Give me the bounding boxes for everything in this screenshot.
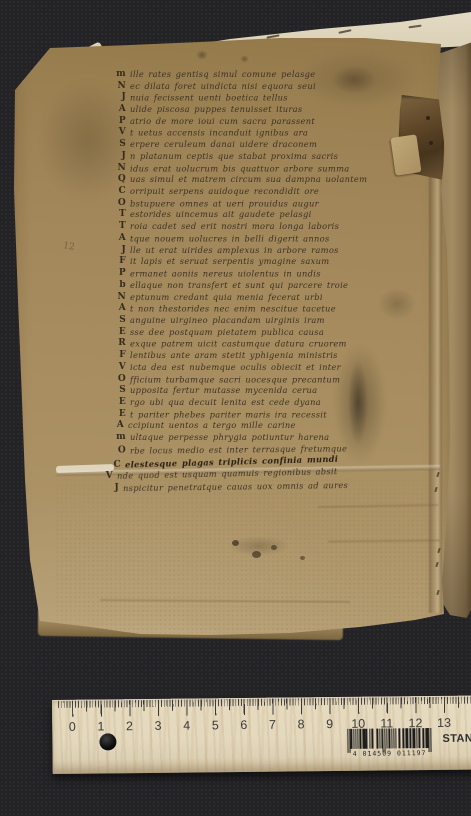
ruler-number: 0	[69, 720, 76, 734]
dirt-speck	[300, 556, 305, 560]
verse-text: eptunum credant quia menia fecerat urbi	[130, 292, 323, 302]
verse-initial: C	[112, 186, 130, 196]
verse-initial: E	[112, 397, 130, 407]
ruler-number: 4	[183, 719, 190, 733]
manuscript-line: Vt uetus accensis incanduit ignibus ara	[112, 127, 412, 139]
gutter-fold	[429, 165, 442, 613]
verse-initial: V	[112, 127, 130, 137]
verse-text: nuia fecissent uenti boetica tellus	[130, 93, 288, 103]
verse-text: exque patrem uicit castumque datura cruo…	[130, 339, 347, 349]
manuscript-line: Fit lapis et seruat serpentis ymagine sa…	[112, 256, 412, 268]
dirt-speck	[232, 540, 239, 546]
verse-initial: A	[112, 303, 130, 313]
verse-initial: E	[112, 409, 130, 419]
manuscript-line: Patrio de more ioui cum sacra parassent	[112, 115, 412, 127]
verse-initial: N	[112, 292, 130, 302]
manuscript-line: Quas simul et matrem circum sua dampna u…	[112, 173, 412, 185]
barcode-bar	[376, 729, 379, 749]
verse-initial: R	[112, 338, 130, 348]
ruler-brand-text: STAN	[442, 733, 471, 745]
barcode-bar	[371, 729, 374, 749]
manuscript-line: Serpere ceruleum danai uidere draconem	[112, 138, 412, 150]
manuscript-line: bellaque non transfert et sunt qui parce…	[112, 279, 412, 291]
verse-initial: J	[112, 245, 130, 255]
verse-initial: N	[112, 81, 130, 91]
verse-text: t non thestorides nec enim nescitue tace…	[130, 304, 336, 314]
manuscript-line: Officium turbamque sacri uocesque precan…	[112, 373, 412, 385]
ruler-number: 5	[212, 718, 219, 732]
manuscript-line: Aulide piscosa puppes tenuisset ituras	[112, 103, 412, 115]
barcode-bar	[395, 728, 397, 748]
verse-text: rgo ubi qua decuit lenita est cede dyana	[130, 397, 321, 407]
verse-text: bstupuere omnes at ueri prouidus augur	[130, 198, 319, 208]
verse-initial: T	[112, 209, 130, 219]
ruler-number: 3	[155, 719, 162, 733]
verse-text: icta dea est nubemque oculis obiecit et …	[130, 362, 341, 372]
ruler-hanging-hole	[99, 733, 116, 750]
verse-text: erpere ceruleum danai uidere draconem	[130, 139, 317, 149]
manuscript-line: Supposita fertur mutasse mycenida cerua	[112, 384, 412, 396]
barcode-bar	[398, 728, 401, 748]
barcode-bar	[369, 729, 370, 749]
barcode-bar	[359, 729, 361, 749]
verse-initial: S	[112, 315, 130, 325]
verse-text: roia cadet sed erit nostri mora longa la…	[130, 221, 339, 231]
stain	[196, 50, 208, 60]
verse-text: ec dilata foret uindicta nisi equora seu…	[130, 81, 316, 91]
verse-text: estorides uincemus ait gaudete pelasgi	[130, 209, 312, 219]
stain	[240, 55, 249, 63]
barcode-bar	[366, 729, 368, 749]
verse-text: uas simul et matrem circum sua dampna uo…	[130, 174, 367, 184]
barcode-bar	[413, 728, 416, 748]
verse-text: fficium turbamque sacri uocesque precant…	[130, 374, 340, 384]
barcode-bars	[347, 728, 431, 749]
verse-initial: A	[110, 420, 128, 430]
verse-text: lle ut erat uirides amplexus in arbore r…	[130, 245, 339, 255]
verse-text: sse dee postquam pietatem publica causa	[130, 327, 324, 337]
manuscript-line: Jnuia fecissent uenti boetica tellus	[112, 91, 412, 103]
verse-text: t uetus accensis incanduit ignibus ara	[130, 128, 308, 138]
verse-text: anguine uirgineo placandam uirginis iram	[130, 315, 325, 325]
verse-initial: V	[99, 471, 117, 481]
ruler-number: 1	[97, 719, 104, 733]
verse-initial: A	[112, 233, 130, 243]
verse-initial: J	[105, 483, 123, 493]
worm-hole	[426, 116, 430, 120]
manuscript-line: Neptunum credant quia menia fecerat urbi	[112, 291, 412, 303]
verse-text: ulide piscosa puppes tenuisset ituras	[130, 104, 302, 114]
dirt-speck	[271, 545, 277, 550]
verse-text: lentibus ante aram stetit yphigenia mini…	[130, 350, 338, 360]
verse-initial: F	[112, 350, 130, 360]
manuscript-line: Accipiunt uentos a tergo mille carine	[110, 420, 410, 432]
barcode-bar	[402, 728, 404, 748]
verse-initial: S	[112, 385, 130, 395]
verse-text: tque nouem uolucres in belli digerit ann…	[130, 233, 330, 243]
verse-initial: m	[112, 432, 130, 442]
verse-initial: J	[112, 92, 130, 102]
verse-initial: P	[112, 116, 130, 126]
ruler-number: 2	[126, 719, 133, 733]
barcode-bar	[430, 728, 431, 752]
barcode: 4 014509 011197	[347, 728, 431, 759]
ruler-number: 7	[269, 718, 276, 732]
manuscript-line: Obstupuere omnes at ueri prouidus augur	[112, 197, 412, 209]
verse-initial: S	[112, 139, 130, 149]
ruler-number: 9	[326, 717, 333, 731]
barcode-bar	[393, 728, 394, 748]
verse-text: it lapis et seruat serpentis ymagine sax…	[130, 256, 329, 266]
manuscript-line: At non thestorides nec enim nescitue tac…	[112, 302, 412, 314]
manuscript-line: Flentibus ante aram stetit yphigenia min…	[112, 349, 412, 361]
verse-initial: P	[112, 268, 130, 278]
barcode-bar	[406, 728, 409, 748]
verse-initial: Q	[112, 174, 130, 184]
verse-initial: J	[112, 151, 130, 161]
manuscript-line: Sanguine uirgineo placandam uirginis ira…	[112, 314, 412, 326]
ruler: 012345678910111213 4 014509 011197 STAN	[52, 695, 471, 774]
barcode-bar	[422, 728, 424, 748]
verse-text: upposita fertur mutasse mycenida cerua	[130, 385, 317, 395]
verse-initial: O	[112, 198, 130, 208]
manuscript-photo: 12 mille rates gentisq simul comune pela…	[0, 0, 471, 816]
verse-initial: T	[112, 221, 130, 231]
ruler-number: 13	[437, 716, 451, 730]
barcode-bar	[351, 729, 353, 749]
verse-text: n platanum ceptis que stabat proxima sac…	[130, 151, 338, 161]
manuscript-line: Testorides uincemus ait gaudete pelasgi	[112, 209, 412, 221]
manuscript-line: Jlle ut erat uirides amplexus in arbore …	[112, 244, 412, 256]
verse-text: atrio de more ioui cum sacra parassent	[130, 116, 315, 126]
manuscript-line: mille rates gentisq simul comune pelasge	[112, 68, 412, 80]
verse-text: orripuit serpens auidoque recondidit ore	[130, 186, 319, 196]
verse-text: idus erat uolucrum bis quattuor arbore s…	[130, 163, 349, 173]
verse-text: ille rates gentisq simul comune pelasge	[130, 69, 315, 79]
verse-initial: O	[112, 374, 130, 384]
manuscript-line: Troia cadet sed erit nostri mora longa l…	[112, 220, 412, 232]
manuscript-line: Jn platanum ceptis que stabat proxima sa…	[112, 150, 412, 162]
barcode-bar	[418, 728, 421, 748]
barcode-bar	[362, 729, 365, 749]
ruler-number: 8	[298, 717, 305, 731]
verse-initial: O	[112, 445, 130, 455]
verse-initial: N	[112, 163, 130, 173]
verse-text: t pariter phebes pariter maris ira reces…	[130, 409, 327, 419]
verse-initial: b	[112, 280, 130, 290]
manuscript-line: Permanet aoniis nereus uiolentus in undi…	[112, 267, 412, 279]
barcode-bar	[410, 728, 412, 748]
manuscript-line: Ergo ubi qua decuit lenita est cede dyan…	[112, 396, 412, 408]
verse-initial: F	[112, 256, 130, 266]
verse-text: ermanet aoniis nereus uiolentus in undis	[130, 268, 321, 278]
verse-initial: A	[112, 104, 130, 114]
verse-initial: E	[112, 327, 130, 337]
manuscript-line: Victa dea est nubemque oculis obiecit et…	[112, 361, 412, 373]
barcode-bar	[388, 728, 391, 748]
manuscript-line: Corripuit serpens auidoque recondidit or…	[112, 185, 412, 197]
verse-initial: V	[112, 362, 130, 372]
verse-text: ccipiunt uentos a tergo mille carine	[128, 420, 296, 430]
verse-text: ultaque perpesse phrygia potiuntur haren…	[130, 432, 329, 442]
manuscript-line: Esse dee postquam pietatem publica causa	[112, 326, 412, 338]
manuscript-text-block: mille rates gentisq simul comune pelasge…	[112, 68, 412, 490]
verse-initial: C	[107, 459, 125, 469]
worm-hole	[429, 141, 433, 145]
dirt-speck	[252, 551, 261, 558]
manuscript-line: Nec dilata foret uindicta nisi equora se…	[112, 80, 412, 92]
verse-text: ellaque non transfert et sunt qui parcer…	[130, 280, 348, 290]
barcode-bar	[357, 729, 358, 749]
manuscript-line: Et pariter phebes pariter maris ira rece…	[112, 408, 412, 420]
manuscript-line: Atque nouem uolucres in belli digerit an…	[112, 232, 412, 244]
manuscript-line: Nidus erat uolucrum bis quattuor arbore …	[112, 162, 412, 174]
barcode-digits: 4 014509 011197	[348, 749, 432, 758]
verse-initial: m	[112, 69, 130, 79]
manuscript-line: Rexque patrem uicit castumque datura cru…	[112, 338, 412, 350]
folio-number: 12	[62, 241, 75, 253]
ruler-number: 6	[240, 718, 247, 732]
barcode-bar	[426, 728, 429, 748]
